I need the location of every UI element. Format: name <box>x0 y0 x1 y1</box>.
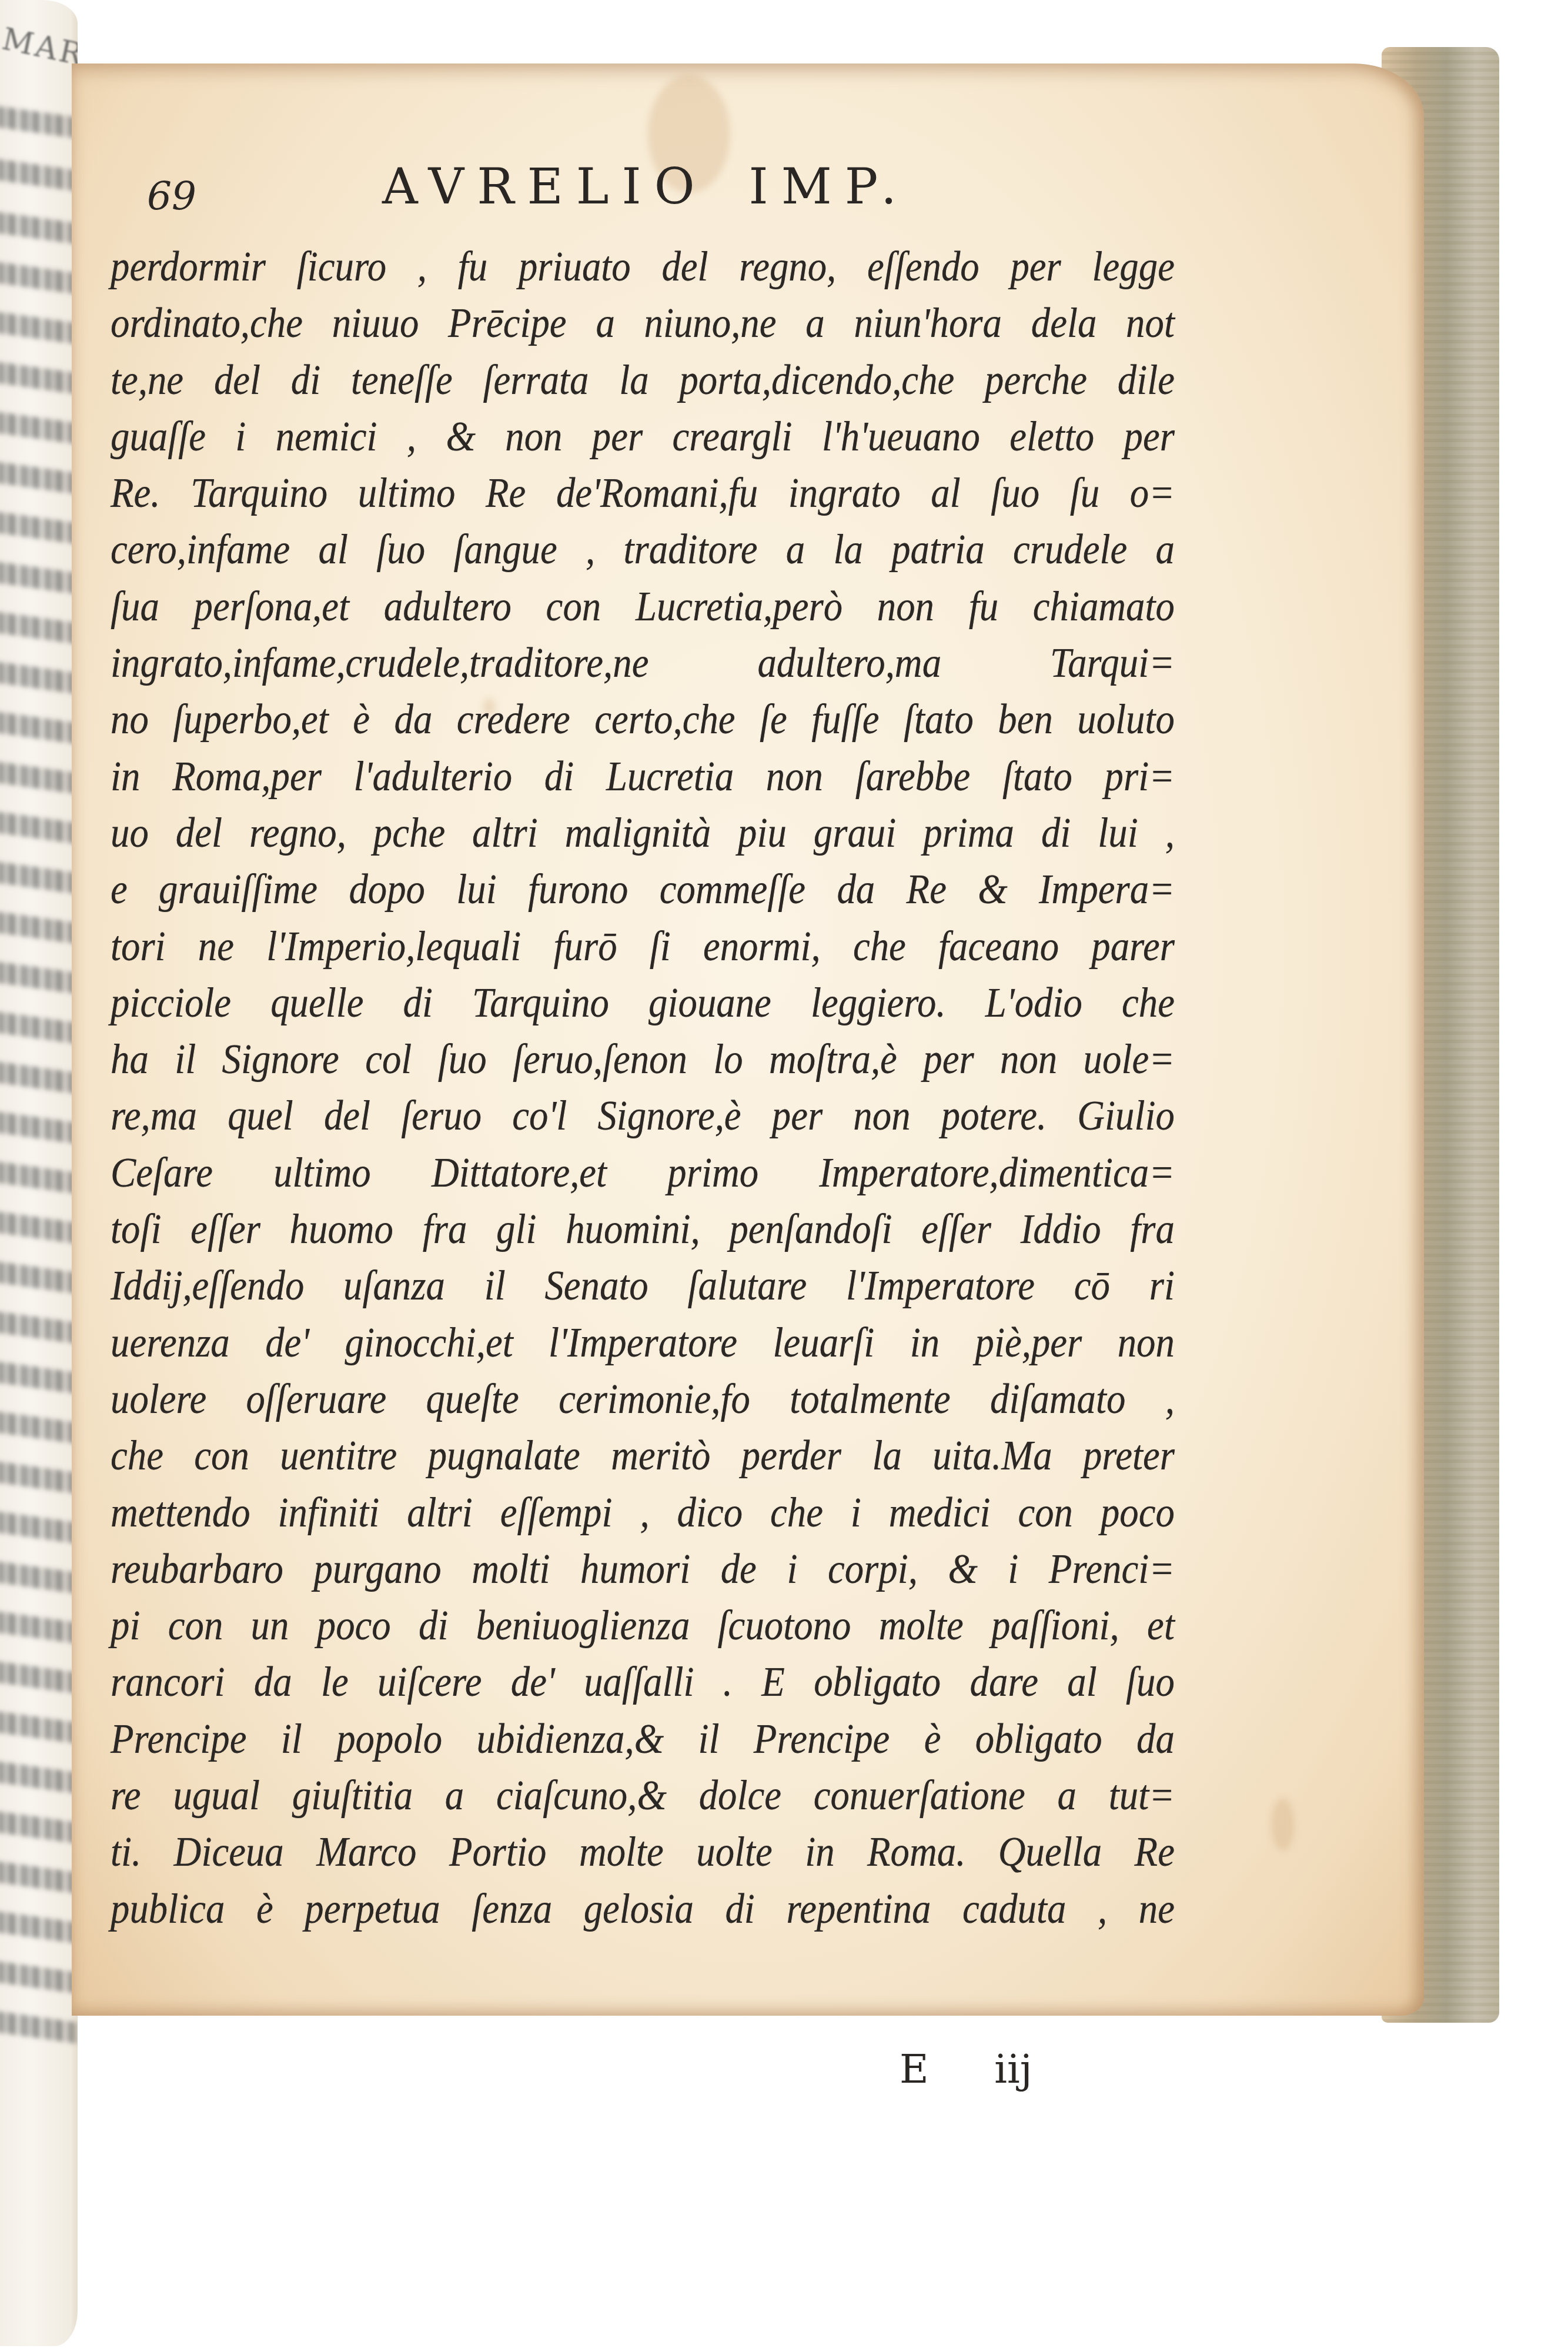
text-line: pi con un poco di beniuoglienza ſcuotono… <box>111 1597 1175 1653</box>
facing-page-text-line <box>0 1761 78 1794</box>
facing-page-text-line <box>0 911 78 944</box>
text-line: uolere oſſeruare queſte cerimonie,fo tot… <box>111 1371 1175 1427</box>
facing-page-text-line <box>0 1461 78 1494</box>
text-line: Iddij,eſſendo uſanza il Senato ſalutare … <box>111 1257 1175 1314</box>
facing-page-text-line <box>0 861 78 894</box>
signature-mark: E iij <box>900 2046 1032 2093</box>
text-line: mettendo infiniti altri eſſempi , dico c… <box>111 1484 1175 1541</box>
facing-page-text-line <box>0 661 78 694</box>
text-line: no ſuperbo,et è da credere certo,che ſe … <box>111 691 1175 747</box>
facing-page-text-line <box>0 512 78 544</box>
facing-page-text-line <box>0 1111 78 1144</box>
facing-page-text-line <box>0 1211 78 1244</box>
facing-page-text-line <box>0 462 78 495</box>
text-line: ingrato,infame,crudele,traditore,ne adul… <box>111 634 1175 691</box>
running-head-word: IMP. <box>749 158 910 215</box>
facing-page-text-line <box>0 761 78 794</box>
facing-page-text-line <box>0 1561 78 1594</box>
facing-page-text-line <box>0 1711 78 1744</box>
text-line: perdormir ſicuro , fu priuato del regno,… <box>111 238 1175 295</box>
facing-page-left: MARCO <box>0 0 78 2346</box>
facing-page-text-line <box>0 212 78 245</box>
facing-page-text-line <box>0 106 78 139</box>
facing-page-text-line <box>0 1061 78 1094</box>
facing-page-text-line <box>0 159 78 192</box>
text-line: ordinato,che niuuo Prēcipe a niuno,ne a … <box>111 295 1175 351</box>
text-line: ti. Diceua Marco Portio molte uolte in R… <box>111 1823 1175 1880</box>
water-stain <box>1271 1798 1295 1851</box>
text-line: cero,infame al ſuo ſangue , traditore a … <box>111 521 1175 577</box>
facing-page-text-line <box>0 1011 78 1044</box>
facing-page-text-line <box>0 1811 78 1844</box>
facing-page-text-line <box>0 1361 78 1394</box>
text-line: reubarbaro purgano molti humori de i cor… <box>111 1541 1175 1597</box>
running-head: AVRELIOIMP. <box>382 158 910 215</box>
facing-page-text-line <box>0 2011 78 2044</box>
facing-page-text-line <box>0 612 78 644</box>
facing-page-text-line <box>0 362 78 395</box>
facing-page-text-line <box>0 961 78 994</box>
text-line: uo del regno, pche altri malignità piu g… <box>111 804 1175 861</box>
text-line: picciole quelle di Tarquino giouane legg… <box>111 974 1175 1031</box>
text-line: re ugual giuſtitia a ciaſcuno,& dolce co… <box>111 1767 1175 1823</box>
text-line: re,ma quel del ſeruo co'l Signore,è per … <box>111 1087 1175 1144</box>
running-head-word: AVRELIO <box>382 158 708 215</box>
text-line: Prencipe il popolo ubidienza,& il Prenci… <box>111 1710 1175 1767</box>
page-number: 69 <box>147 173 196 219</box>
facing-page-text-line <box>0 1411 78 1444</box>
text-line: ha il Signore col ſuo ſeruo,ſenon lo moſ… <box>111 1031 1175 1087</box>
facing-page-text-line <box>0 562 78 594</box>
facing-page-text-line <box>0 811 78 844</box>
facing-page-text-line <box>0 711 78 744</box>
facing-page-text-line <box>0 1311 78 1344</box>
text-line: toſi eſſer huomo fra gli huomini, penſan… <box>111 1201 1175 1257</box>
text-line: Re. Tarquino ultimo Re de'Romani,fu ingr… <box>111 465 1175 521</box>
facing-page-text-line <box>0 262 78 295</box>
text-line: ſua perſona,et adultero con Lucretia,per… <box>111 578 1175 634</box>
facing-page-text-line <box>0 312 78 345</box>
text-line: Ceſare ultimo Dittatore,et primo Imperat… <box>111 1144 1175 1201</box>
facing-page-text-line <box>0 1911 78 1944</box>
text-line: guaſſe i nemici , & non per creargli l'h… <box>111 408 1175 465</box>
text-line: e grauiſſime dopo lui furono commeſſe da… <box>111 861 1175 917</box>
text-line: uerenza de' ginocchi,et l'Imperatore leu… <box>111 1314 1175 1371</box>
facing-page-text-line <box>0 1961 78 1994</box>
facing-page-text-line <box>0 1861 78 1894</box>
text-line: publica è perpetua ſenza gelosia di repe… <box>111 1880 1175 1937</box>
facing-page-text-line <box>0 1611 78 1644</box>
facing-page-running-head: MARCO <box>0 21 78 84</box>
facing-page-text-line <box>0 412 78 445</box>
text-line: in Roma,per l'adulterio di Lucretia non … <box>111 748 1175 804</box>
body-text: perdormir ſicuro , fu priuato del regno,… <box>111 238 1175 1937</box>
facing-page-text-line <box>0 1511 78 1544</box>
text-line: te,ne del di teneſſe ſerrata la porta,di… <box>111 352 1175 408</box>
facing-page-text-line <box>0 1261 78 1294</box>
text-line: tori ne l'Imperio,lequali furō ſi enormi… <box>111 918 1175 974</box>
text-line: rancori da le uiſcere de' uaſſalli . E o… <box>111 1653 1175 1710</box>
facing-page-text-line <box>0 1161 78 1194</box>
text-line: che con uentitre pugnalate meritò perder… <box>111 1427 1175 1484</box>
facing-page-text-line <box>0 1661 78 1694</box>
